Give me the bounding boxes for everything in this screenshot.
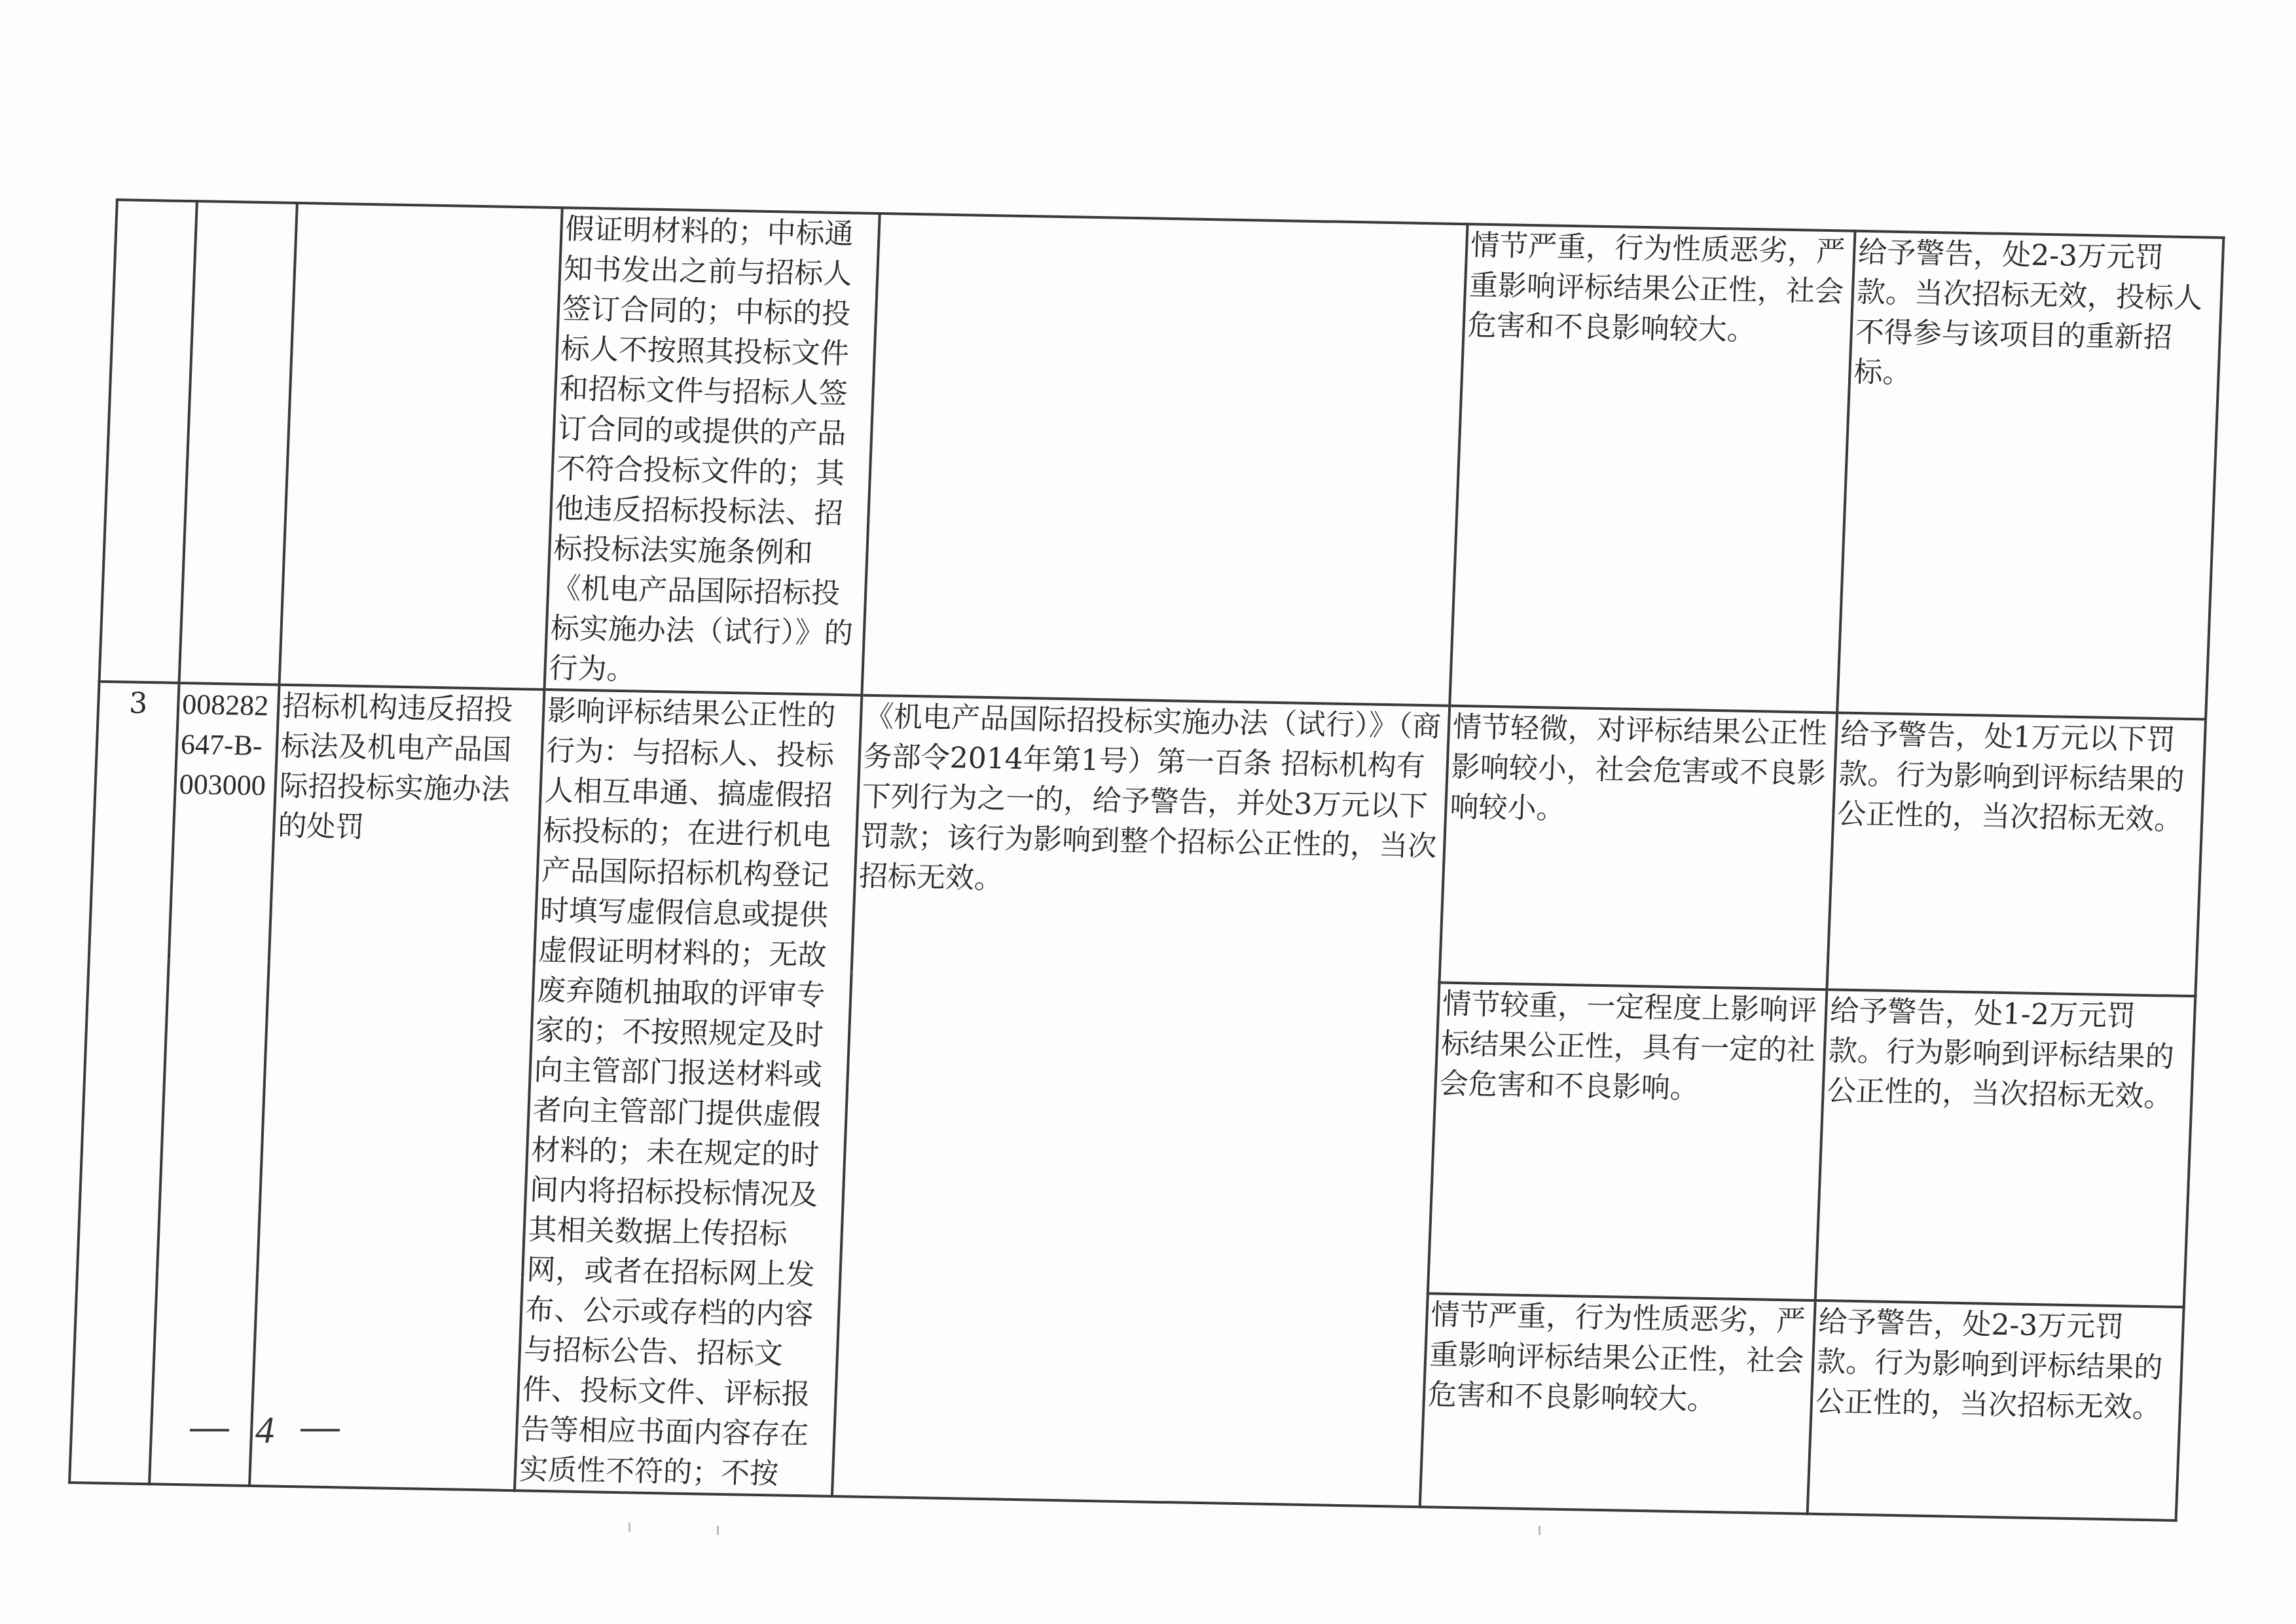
page-footer: 4 (190, 1408, 340, 1452)
penalty-cell: 给予警告，处2-3万元罚款。行为影响到评标结果的公正性的，当次招标无效。 (1808, 1301, 2184, 1521)
item-name-cell: 招标机构违反招投标法及机电产品国际招投标实施办法的处罚 (249, 685, 544, 1491)
penalty-standards-table: 假证明材料的；中标通知书发出之前与招标人签订合同的；中标的投标人不按照其投标文件… (68, 198, 2225, 1522)
footer-dash-left (190, 1429, 229, 1431)
scan-artifact (629, 1522, 630, 1532)
document-page: 假证明材料的；中标通知书发出之前与招标人签订合同的；中标的投标人不按照其投标文件… (0, 0, 2296, 1624)
circumstance-cell: 情节严重，行为性质恶劣，严重影响评标结果公正性，社会危害和不良影响较大。 (1449, 224, 1855, 712)
item-name-cell (280, 203, 562, 690)
table-row: 假证明材料的；中标通知书发出之前与招标人签订合同的；中标的投标人不按照其投标文件… (100, 200, 2224, 719)
circumstance-cell: 情节严重，行为性质恶劣，严重影响评标结果公正性，社会危害和不良影响较大。 (1420, 1293, 1815, 1514)
scan-artifact (1539, 1526, 1540, 1535)
penalty-cell: 给予警告，处1-2万元罚款。行为影响到评标结果的公正性的，当次招标无效。 (1815, 990, 2196, 1307)
item-code-cell (179, 201, 297, 684)
circumstance-cell: 情节轻微，对评标结果公正性影响较小，社会危害或不良影响较小。 (1439, 706, 1837, 990)
scan-artifact (717, 1526, 719, 1535)
penalty-cell: 给予警告，处2-3万元罚款。当次招标无效，投标人不得参与该项目的重新招标。 (1837, 231, 2223, 720)
behavior-cell: 假证明材料的；中标通知书发出之前与招标人签订合同的；中标的投标人不按照其投标文件… (544, 208, 879, 695)
legal-basis-cell: 《机电产品国际招投标实施办法（试行）》（商务部令2014年第1号）第一百条 招标… (832, 695, 1449, 1507)
footer-dash-right (301, 1429, 340, 1431)
legal-basis-cell (862, 213, 1467, 706)
penalty-cell: 给予警告，处1万元以下罚款。行为影响到评标结果的公正性的，当次招标无效。 (1827, 712, 2206, 996)
page-number: 4 (255, 1408, 274, 1452)
penalty-table-wrapper: 假证明材料的；中标通知书发出之前与招标人签订合同的；中标的投标人不按照其投标文件… (75, 198, 2222, 1339)
behavior-cell: 影响评标结果公正性的行为：与招标人、投标人相互串通、搞虚假招标投标的；在进行机电… (515, 690, 862, 1496)
table-row: 3 008282647-B-003000 招标机构违反招投标法及机电产品国际招投… (89, 682, 2206, 997)
circumstance-cell: 情节较重，一定程度上影响评标结果公正性，具有一定的社会危害和不良影响。 (1428, 983, 1827, 1301)
